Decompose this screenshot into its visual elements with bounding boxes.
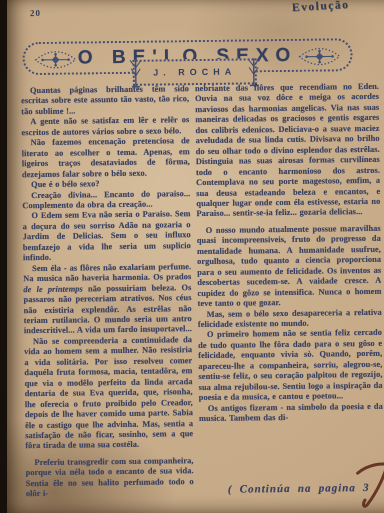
paragraph: O Edem sem Eva não seria o Paraiso. Sem … xyxy=(22,210,191,264)
text-run: nebriante das flôres que recendiam no Ed… xyxy=(195,82,381,219)
paragraph: O nosso mundo atualmente possue maravilh… xyxy=(197,224,382,310)
paragraph: Mas, sem o bélo sexo desapareceria a rel… xyxy=(198,307,382,330)
text-run: Creação divina... Encanto do paraiso... … xyxy=(22,189,190,211)
left-text-column: Quantas páginas brilhantes têm sido escr… xyxy=(21,84,194,513)
paragraph: Os antigos fizeram - na simbolo da poesi… xyxy=(199,401,383,424)
text-run: O nosso mundo atualmente possue maravilh… xyxy=(197,224,382,308)
paragraph: A gente não se satisfaz em lêr e relêr o… xyxy=(21,116,189,139)
masthead-title: Evolução xyxy=(292,0,350,14)
author-box: J. ROCHA xyxy=(133,58,257,86)
paragraph: Sem éla - as flôres não exalariam perfum… xyxy=(23,262,192,337)
text-run: Não se compreenderia a continuidade da v… xyxy=(24,335,193,451)
text-run: O primeiro homem não se sentia feliz cer… xyxy=(198,328,383,402)
magazine-page: 20 Evolução O BE'LO SEXO xyxy=(7,0,384,513)
paragraph: Creação divina... Encanto do paraiso... … xyxy=(22,189,190,212)
paragraph: O primeiro homem não se sentia feliz cer… xyxy=(198,328,383,403)
text-run: Sem éla - as flôres não exalariam perfum… xyxy=(23,262,191,284)
pen-flourish-icon xyxy=(351,459,384,512)
paragraph: Não se compreenderia a continuidade da v… xyxy=(24,335,193,452)
text-run: Mas, sem o bélo sexo desapareceria a rel… xyxy=(198,307,382,329)
text-run: Não fazemos encenação pretenciosa de lit… xyxy=(22,136,190,178)
text-run: A gente não se satisfaz em lêr e relêr o… xyxy=(21,116,189,138)
continuation-note: ( Continúa na pagina 3 xyxy=(228,482,370,496)
paragraph: Não fazemos encenação pretenciosa de lit… xyxy=(22,136,190,180)
right-text-column: nebriante das flôres que recendiam no Ed… xyxy=(195,82,384,513)
paragraph: Quantas páginas brilhantes têm sido escr… xyxy=(21,84,189,117)
paragraph: Preferiu transgredir com sua companheira… xyxy=(25,456,193,500)
text-run: de le printemps xyxy=(23,284,82,294)
page-number: 20 xyxy=(30,8,41,18)
text-run: Que é o bélo sexo? xyxy=(31,179,100,189)
page-content: 20 Evolução O BE'LO SEXO xyxy=(4,0,384,513)
text-run: Preferiu transgredir com sua companheira… xyxy=(26,456,194,498)
text-run: Os antigos fizeram - na simbolo da poesi… xyxy=(199,401,383,423)
text-run: O Edem sem Eva não seria o Paraiso. Sem … xyxy=(23,210,191,263)
paragraph: nebriante das flôres que recendiam no Ed… xyxy=(195,82,381,220)
text-run: Quantas páginas brilhantes têm sido escr… xyxy=(21,84,189,116)
author-name: J. ROCHA xyxy=(135,66,255,77)
marquise-ornament-icon xyxy=(297,46,341,72)
